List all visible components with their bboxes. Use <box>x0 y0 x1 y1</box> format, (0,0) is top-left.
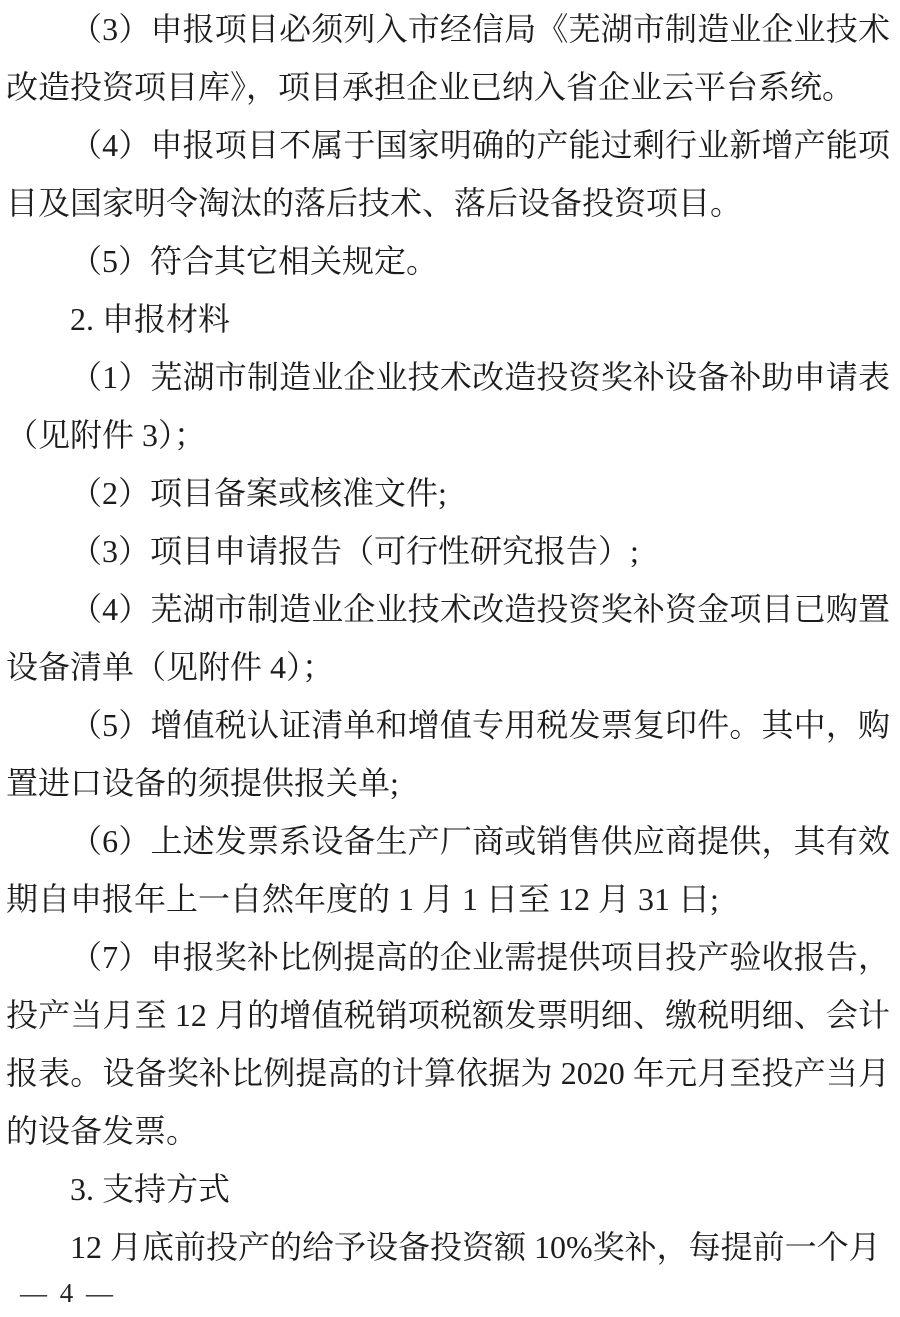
material-item-5: （5）增值税认证清单和增值专用税发票复印件。其中，购置进口设备的须提供报关单; <box>6 696 890 812</box>
material-item-7: （7）申报奖补比例提高的企业需提供项目投产验收报告，投产当月至 12 月的增值税… <box>6 928 890 1160</box>
support-clause: 12 月底前投产的给予设备投资额 10%奖补，每提前一个月 <box>6 1218 890 1276</box>
material-item-3: （3）项目申请报告（可行性研究报告）; <box>6 522 890 580</box>
document-page: （3）申报项目必须列入市经信局《芜湖市制造业企业技术改造投资项目库》，项目承担企… <box>0 0 900 1317</box>
clause-eligibility-3: （3）申报项目必须列入市经信局《芜湖市制造业企业技术改造投资项目库》，项目承担企… <box>6 0 890 116</box>
page-number: — 4 — <box>20 1277 116 1309</box>
material-item-2: （2）项目备案或核准文件; <box>6 464 890 522</box>
material-item-6: （6）上述发票系设备生产厂商或销售供应商提供，其有效期自申报年上一自然年度的 1… <box>6 812 890 928</box>
clause-eligibility-4: （4）申报项目不属于国家明确的产能过剩行业新增产能项目及国家明令淘汰的落后技术、… <box>6 116 890 232</box>
clause-eligibility-5: （5）符合其它相关规定。 <box>6 232 890 290</box>
material-item-4: （4）芜湖市制造业企业技术改造投资奖补资金项目已购置设备清单（见附件 4）； <box>6 580 890 696</box>
section-heading-support: 3. 支持方式 <box>6 1160 890 1218</box>
material-item-1: （1）芜湖市制造业企业技术改造投资奖补设备补助申请表（见附件 3）； <box>6 348 890 464</box>
section-heading-materials: 2. 申报材料 <box>6 290 890 348</box>
